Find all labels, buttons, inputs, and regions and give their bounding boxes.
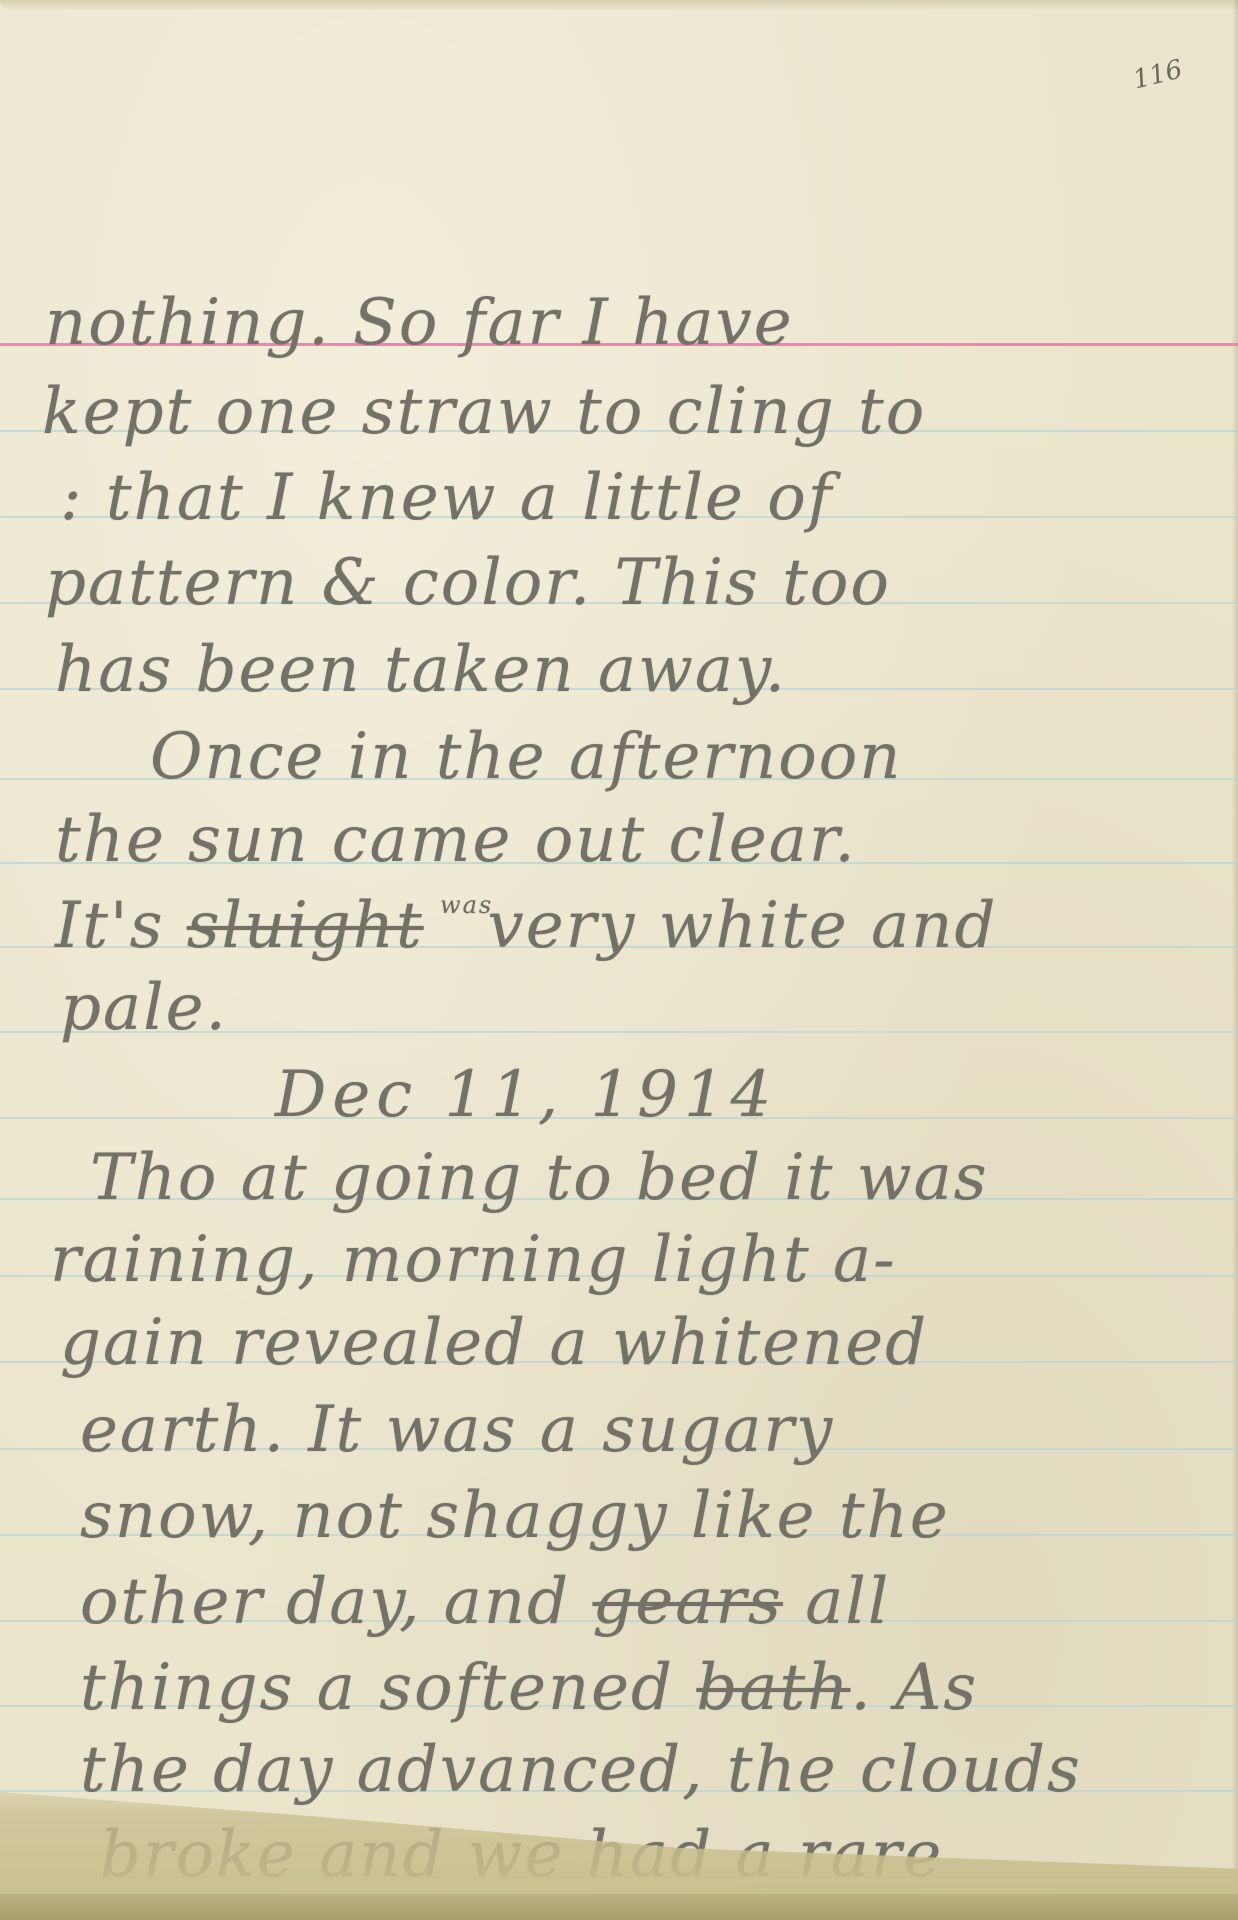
handwritten-line: the sun came out clear. bbox=[55, 800, 1238, 880]
handwritten-line: has been taken away. bbox=[55, 630, 1238, 710]
journal-page: 116 nothing. So far I have kept one stra… bbox=[0, 0, 1238, 1920]
handwritten-line-with-strikeout: other day, and gears all bbox=[80, 1562, 1238, 1642]
handwritten-line: Once in the afternoon bbox=[150, 717, 1238, 797]
line-text-before: other day, and bbox=[80, 1565, 570, 1639]
handwritten-line: Tho at going to bed it was bbox=[90, 1138, 1238, 1218]
inserted-word: was bbox=[440, 891, 493, 919]
handwritten-line: snow, not shaggy like the bbox=[80, 1476, 1238, 1556]
line-text-after: all bbox=[805, 1565, 890, 1639]
handwritten-line: gain revealed a whitened bbox=[60, 1303, 1238, 1383]
handwritten-line: raining, morning light a- bbox=[50, 1220, 1238, 1300]
line-text-before: It's bbox=[55, 889, 164, 963]
handwritten-line: pale. bbox=[60, 968, 1238, 1048]
line-text-after: very white and bbox=[488, 889, 998, 963]
handwritten-line: kept one straw to cling to bbox=[42, 372, 1238, 452]
page-top-edge bbox=[0, 0, 1238, 10]
line-text-after: . As bbox=[850, 1651, 978, 1725]
page-number: 116 bbox=[1130, 54, 1185, 95]
struck-word: bath bbox=[696, 1651, 850, 1725]
struck-word: gears bbox=[592, 1565, 782, 1639]
page-bottom-edge bbox=[0, 1894, 1238, 1920]
handwritten-line: the day advanced, the clouds bbox=[80, 1730, 1238, 1810]
handwritten-line-with-strikeout: things a softened bath. As bbox=[80, 1648, 1238, 1728]
handwritten-line: earth. It was a sugary bbox=[80, 1390, 1238, 1470]
handwritten-line: : that I knew a little of bbox=[60, 458, 1238, 538]
entry-date-heading: Dec 11, 1914 bbox=[275, 1055, 1238, 1135]
handwritten-line-with-correction: It's sluight was very white and bbox=[55, 886, 1238, 979]
handwritten-line: pattern & color. This too bbox=[45, 543, 1238, 623]
line-text-before: things a softened bbox=[80, 1651, 674, 1725]
handwritten-line: nothing. So far I have bbox=[45, 283, 1238, 363]
struck-word: sluight bbox=[187, 889, 424, 963]
